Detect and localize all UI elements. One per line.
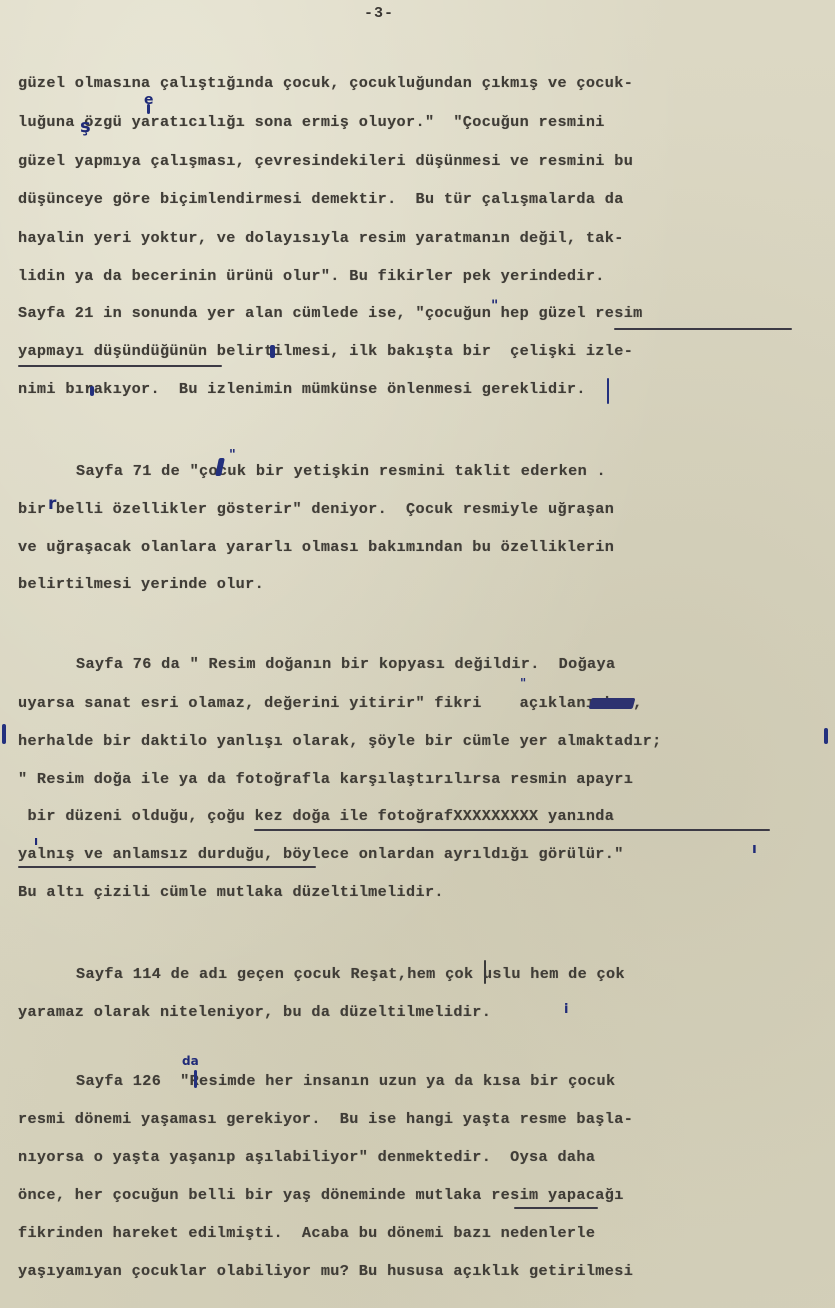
- text-line: luğuna özgü yaratıcılığı sona ermiş oluy…: [18, 113, 605, 131]
- text-line: ve uğraşacak olanlara yararlı olması bak…: [18, 538, 614, 556]
- text-line: nimi bırakıyor. Bu izlenimin mümkünse ön…: [18, 380, 586, 398]
- text-line: bir belli özellikler gösterir" deniyor. …: [18, 500, 614, 518]
- ink-correction-mark: ş: [80, 116, 91, 137]
- text-line: Sayfa 114 de adı geçen çocuk Reşat,hem ç…: [76, 965, 625, 983]
- page-number: -3-: [364, 5, 394, 22]
- text-line: yalnış ve anlamsız durduğu, böylece onla…: [18, 845, 624, 863]
- ink-correction-mark: r: [48, 494, 56, 514]
- ink-correction-mark: ı: [34, 834, 38, 848]
- margin-ink-mark: [2, 724, 6, 744]
- text-line: yaramaz olarak niteleniyor, bu da düzelt…: [18, 1003, 491, 1021]
- ink-mark: [90, 386, 94, 396]
- text-line: hayalin yeri yoktur, ve dolayısıyla resi…: [18, 229, 624, 247]
- underline-mark: [254, 829, 770, 831]
- text-line: uyarsa sanat esri olamaz, değerini yitir…: [18, 694, 643, 712]
- text-line: nıyorsa o yaşta yaşanıp aşılabiliyor" de…: [18, 1148, 595, 1166]
- text-line: belirtilmesi yerinde olur.: [18, 575, 264, 593]
- text-line: düşünceye göre biçimlendirmesi demektir.…: [18, 190, 624, 208]
- document-page: -3- güzel olmasına çalıştığında çocuk, ç…: [0, 0, 835, 1308]
- ink-mark: [484, 960, 486, 984]
- ink-mark: [147, 104, 150, 114]
- text-line: herhalde bir daktilo yanlışı olarak, şöy…: [18, 732, 662, 750]
- underline-mark: [18, 365, 222, 367]
- text-line: Sayfa 76 da " Resim doğanın bir kopyası …: [76, 655, 615, 673]
- text-line: Sayfa 71 de "çocuk bir yetişkin resmini …: [76, 462, 606, 480]
- ink-correction-mark: ı: [752, 841, 757, 857]
- ink-mark: [270, 345, 275, 358]
- margin-ink-mark: [824, 728, 828, 744]
- ink-strikeout: [589, 698, 636, 709]
- ink-correction-mark: ": [520, 676, 526, 690]
- ink-mark: [607, 378, 609, 404]
- text-line: Sayfa 21 in sonunda yer alan cümlede ise…: [18, 304, 643, 322]
- text-line: " Resim doğa ile ya da fotoğrafla karşıl…: [18, 770, 633, 788]
- text-line: resmi dönemi yaşaması gerekiyor. Bu ise …: [18, 1110, 633, 1128]
- underline-mark: [514, 1207, 598, 1209]
- ink-correction-mark: ": [229, 448, 236, 463]
- ink-correction-mark: da: [182, 1054, 199, 1068]
- text-line: Sayfa 126 "Resimde her insanın uzun ya d…: [76, 1072, 615, 1090]
- text-line: önce, her çocuğun belli bir yaş dönemind…: [18, 1186, 624, 1204]
- text-line: güzel yapmıya çalışması, çevresindekiler…: [18, 152, 633, 170]
- text-line: fikrinden hareket edilmişti. Acaba bu dö…: [18, 1224, 595, 1242]
- ink-correction-mark: i: [564, 1002, 568, 1017]
- text-line: güzel olmasına çalıştığında çocuk, çocuk…: [18, 74, 633, 92]
- text-line: Bu altı çizili cümle mutlaka düzeltilmel…: [18, 883, 444, 901]
- text-line: lidin ya da becerinin ürünü olur". Bu fi…: [18, 267, 605, 285]
- text-line: bir düzeni olduğu, çoğu kez doğa ile fot…: [18, 807, 614, 825]
- text-line: yaşıyamıyan çocuklar olabiliyor mu? Bu h…: [18, 1262, 633, 1280]
- underline-mark: [614, 328, 792, 330]
- ink-correction-mark: ": [491, 298, 498, 314]
- text-line: yapmayı düşündüğünün belirtilmesi, ilk b…: [18, 342, 633, 360]
- underline-mark: [18, 866, 316, 868]
- ink-mark: [194, 1070, 197, 1088]
